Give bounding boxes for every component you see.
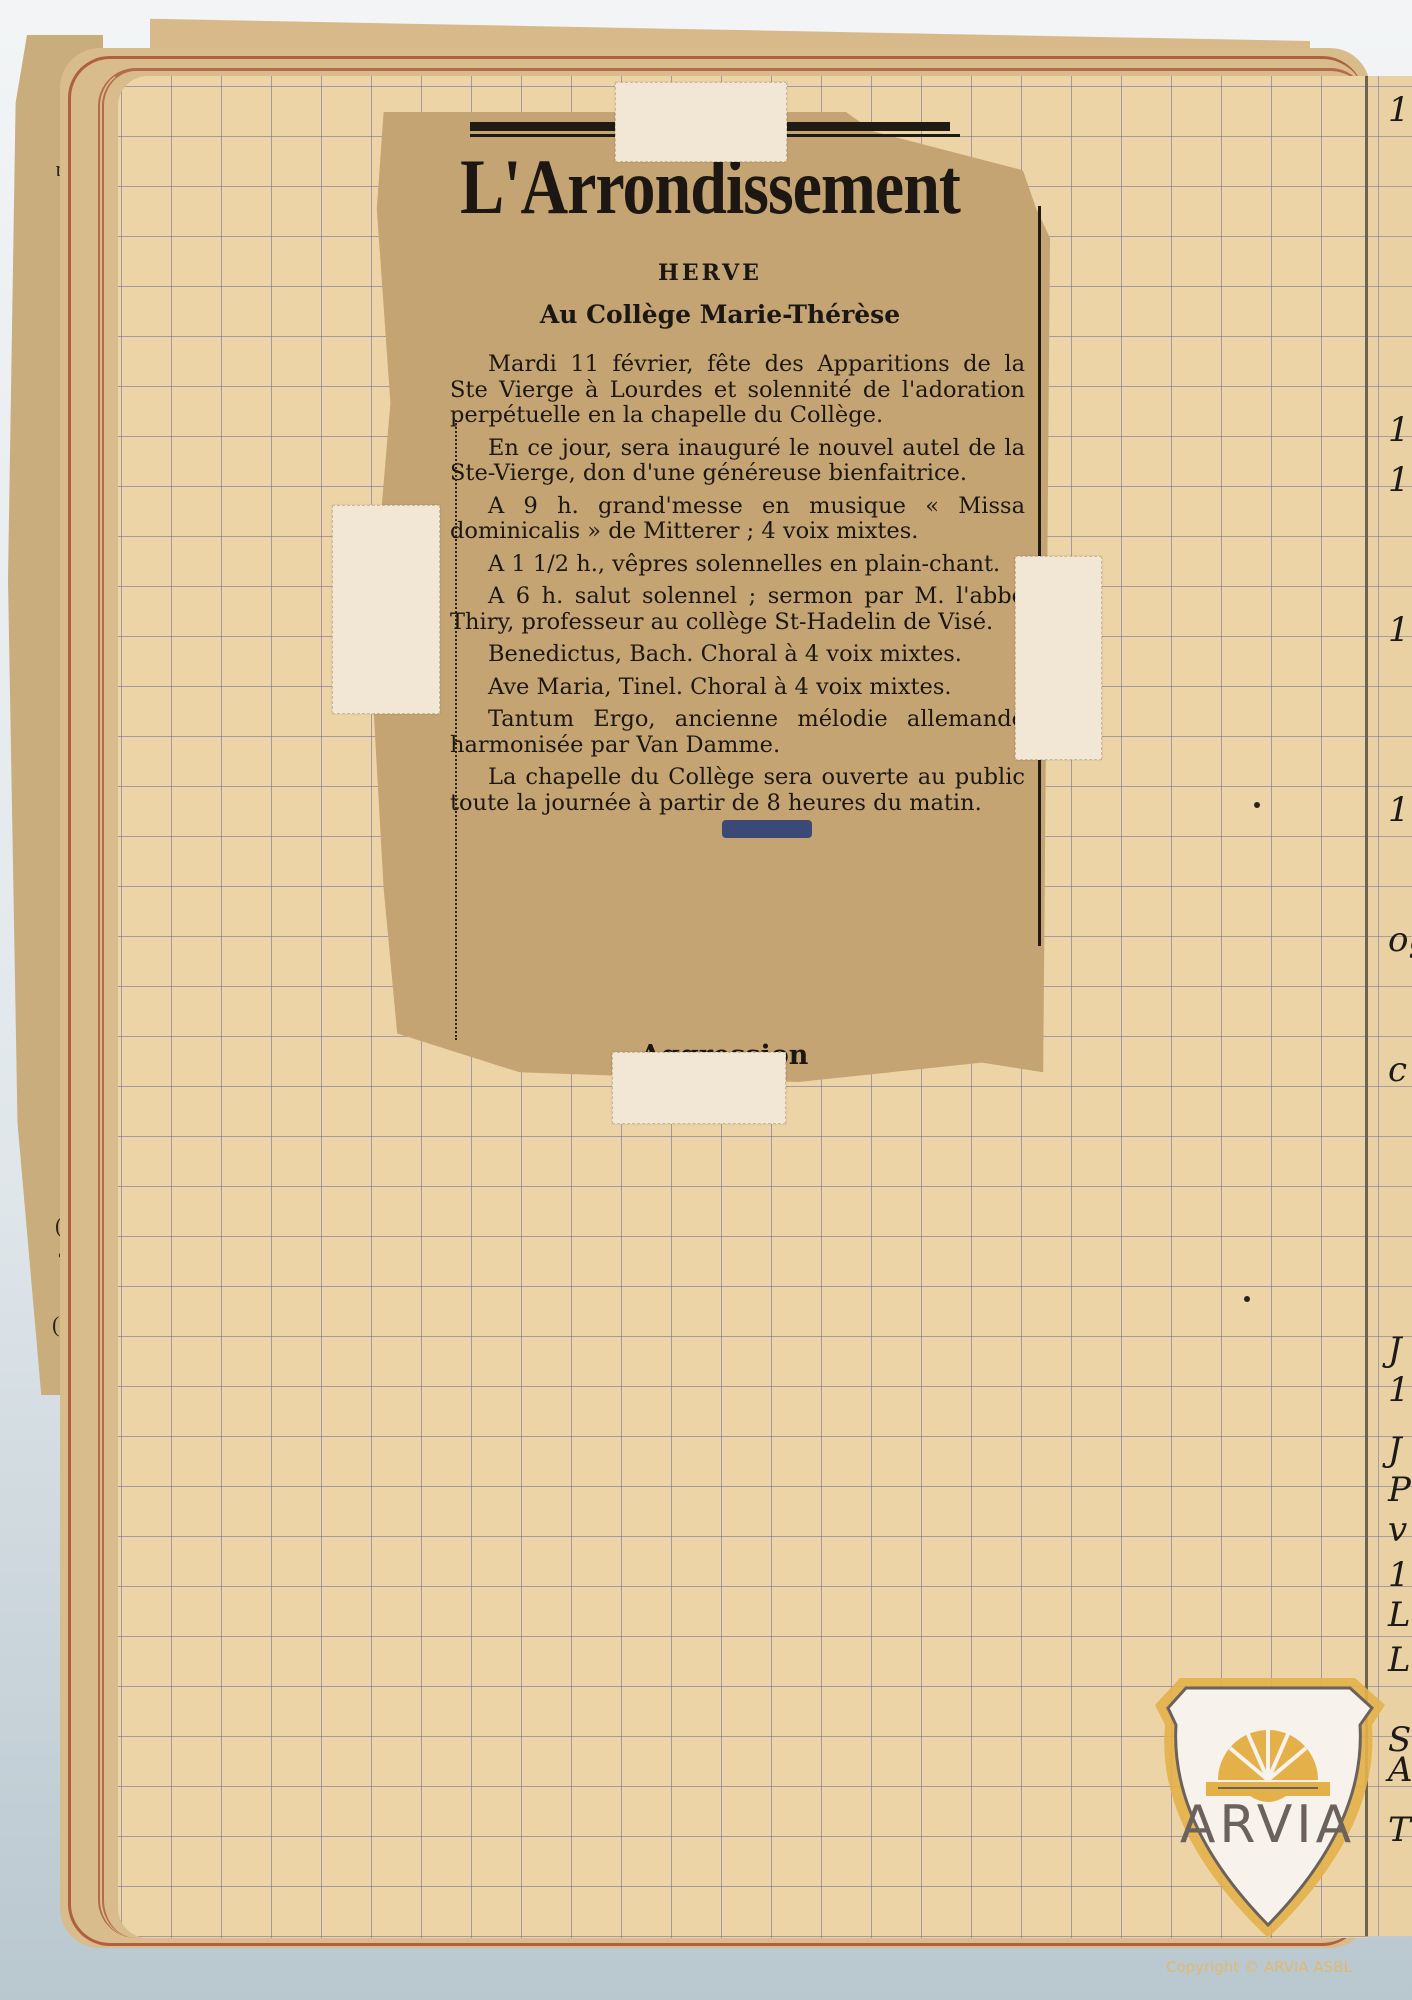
ink-dot [1254, 802, 1260, 808]
arvia-logo-text: ARVIA [1140, 1795, 1395, 1855]
blue-ink-strikeout [722, 820, 812, 838]
copyright-notice: Copyright © ARVIA ASBL [1166, 1958, 1352, 1976]
article-paragraph: A 6 h. salut solennel ; sermon par M. l'… [450, 584, 1025, 635]
article-paragraph: Mardi 11 février, fête des Apparitions d… [450, 352, 1025, 429]
tape-left [332, 505, 440, 714]
article-body: Mardi 11 février, fête des Apparitions d… [450, 352, 1025, 823]
article-paragraph: A 9 h. grand'messe en musique « Missa do… [450, 494, 1025, 545]
article-paragraph: Ave Maria, Tinel. Choral à 4 voix mixtes… [450, 675, 1025, 701]
dateline-town: HERVE [400, 260, 1020, 286]
article-paragraph: La chapelle du Collège sera ouverte au p… [450, 765, 1025, 816]
article-headline: Au Collège Marie-Thérèse [420, 300, 1020, 329]
article-paragraph: En ce jour, sera inauguré le nouvel aute… [450, 436, 1025, 487]
tape-bottom [612, 1052, 786, 1124]
tape-top [615, 82, 787, 162]
article-paragraph: Benedictus, Bach. Choral à 4 voix mixtes… [450, 642, 1025, 668]
ink-dot [1244, 1296, 1250, 1302]
tape-right [1015, 556, 1102, 760]
article-paragraph: Tantum Ergo, ancienne mélodie allemande … [450, 707, 1025, 758]
article-paragraph: A 1 1/2 h., vêpres solennelles en plain-… [450, 552, 1025, 578]
